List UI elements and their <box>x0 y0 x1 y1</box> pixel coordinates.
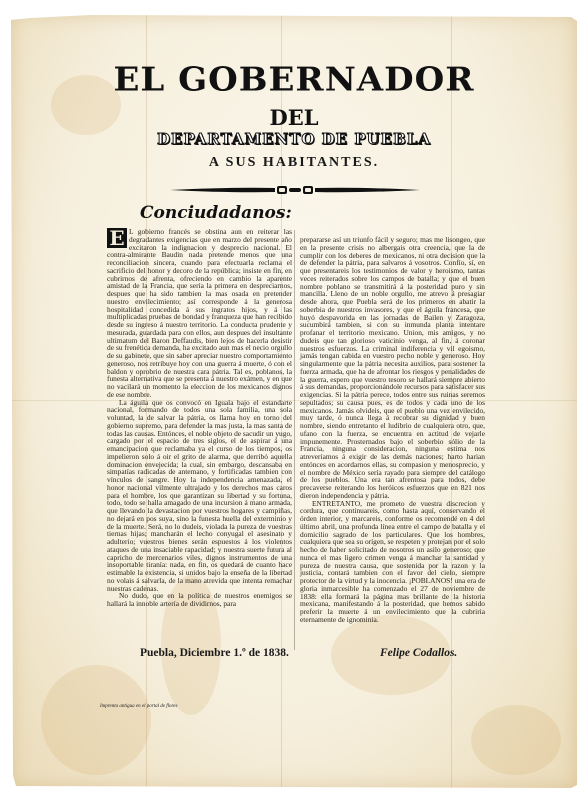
water-stain <box>41 665 151 775</box>
paragraph: No dudo, que en la política de nuestros … <box>107 592 292 608</box>
document-subtitle-del: DEL <box>0 105 588 130</box>
dateline: Puebla, Diciembre 1.º de 1838. <box>140 647 289 659</box>
paragraph: La águila que os convocó en Iguala bajo … <box>107 399 292 593</box>
left-column: EL gobierno francés se obstina aun en re… <box>107 228 292 608</box>
water-stain <box>471 705 561 775</box>
paragraph: ENTRETANTO, me prometo de vuestra discre… <box>300 500 485 624</box>
dropcap: E <box>107 228 127 248</box>
column-divider <box>294 230 295 650</box>
printer-imprint: Imprenta antigua en el portal de flores <box>100 704 177 709</box>
salutation: Conciudadanos: <box>140 203 292 223</box>
signature: Felipe Codallos. <box>380 647 457 659</box>
document-subtitle-addressees: A SUS HABITANTES. <box>0 155 588 171</box>
document-subtitle-department: DEPARTAMENTO DE PUEBLA <box>0 130 588 148</box>
ornament-rule-icon <box>170 183 420 197</box>
right-column: prepararse así un triunfo fácil y seguro… <box>300 236 485 624</box>
document-title: EL GOBERNADOR <box>0 61 588 99</box>
paragraph: EL gobierno francés se obstina aun en re… <box>107 228 292 399</box>
paragraph: prepararse así un triunfo fácil y seguro… <box>300 236 485 500</box>
